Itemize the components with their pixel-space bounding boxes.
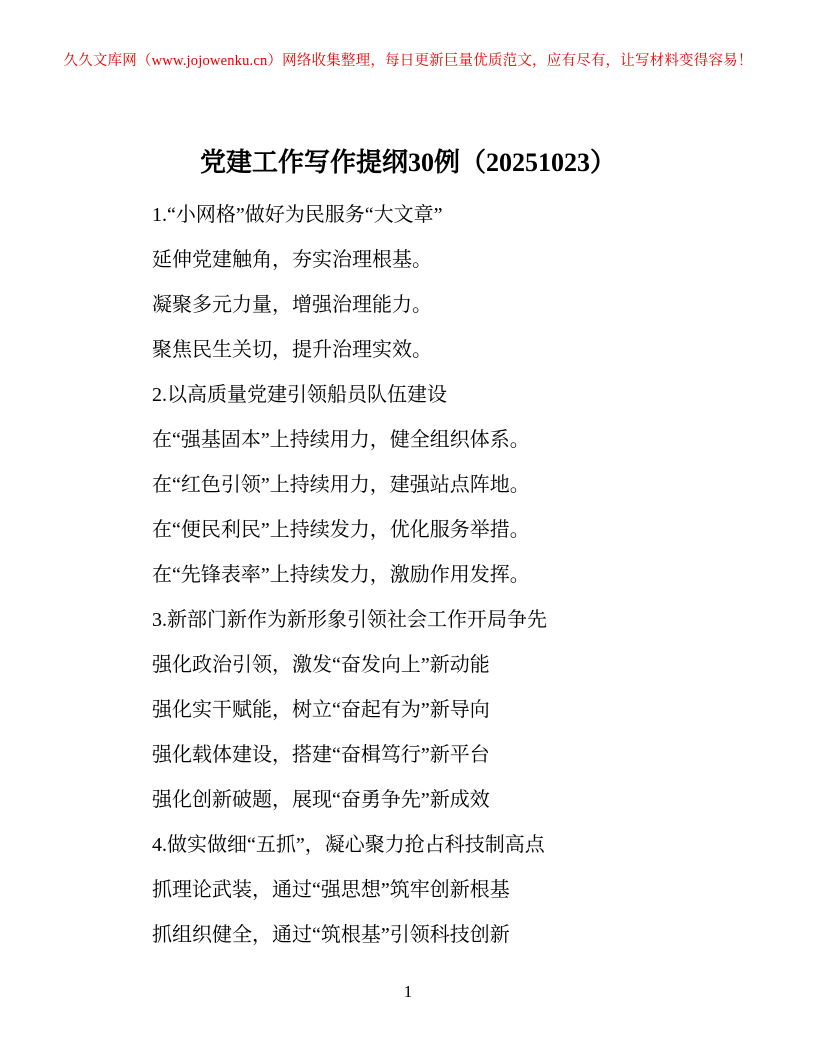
document-page: 久久文库网（www.jojowenku.cn）网络收集整理，每日更新巨量优质范文… <box>0 0 816 1056</box>
body-line-6: 在“强基固本”上持续用力，健全组织体系。 <box>152 418 736 463</box>
body-line-11: 强化政治引领，激发“奋发向上”新动能 <box>152 643 736 688</box>
body-line-15: 4.做实做细“五抓”，凝心聚力抢占科技制高点 <box>152 823 736 868</box>
page-title: 党建工作写作提纲30例（20251023） <box>0 144 816 182</box>
body-line-13: 强化载体建设，搭建“奋楫笃行”新平台 <box>152 733 736 778</box>
body-line-5: 2.以高质量党建引领船员队伍建设 <box>152 373 736 418</box>
page-number: 1 <box>0 980 816 1004</box>
body-line-3: 凝聚多元力量，增强治理能力。 <box>152 283 736 328</box>
document-body: 1.“小网格”做好为民服务“大文章” 延伸党建触角，夯实治理根基。 凝聚多元力量… <box>152 193 736 958</box>
body-line-7: 在“红色引领”上持续用力，建强站点阵地。 <box>152 463 736 508</box>
body-line-8: 在“便民利民”上持续发力，优化服务举措。 <box>152 508 736 553</box>
body-line-14: 强化创新破题，展现“奋勇争先”新成效 <box>152 778 736 823</box>
body-line-4: 聚焦民生关切，提升治理实效。 <box>152 328 736 373</box>
body-line-10: 3.新部门新作为新形象引领社会工作开局争先 <box>152 598 736 643</box>
body-line-1: 1.“小网格”做好为民服务“大文章” <box>152 193 736 238</box>
body-line-2: 延伸党建触角，夯实治理根基。 <box>152 238 736 283</box>
body-line-16: 抓理论武装，通过“强思想”筑牢创新根基 <box>152 868 736 913</box>
body-line-17: 抓组织健全，通过“筑根基”引领科技创新 <box>152 913 736 958</box>
body-line-9: 在“先锋表率”上持续发力，激励作用发挥。 <box>152 553 736 598</box>
site-watermark-header: 久久文库网（www.jojowenku.cn）网络收集整理，每日更新巨量优质范文… <box>0 51 816 72</box>
body-line-12: 强化实干赋能，树立“奋起有为”新导向 <box>152 688 736 733</box>
